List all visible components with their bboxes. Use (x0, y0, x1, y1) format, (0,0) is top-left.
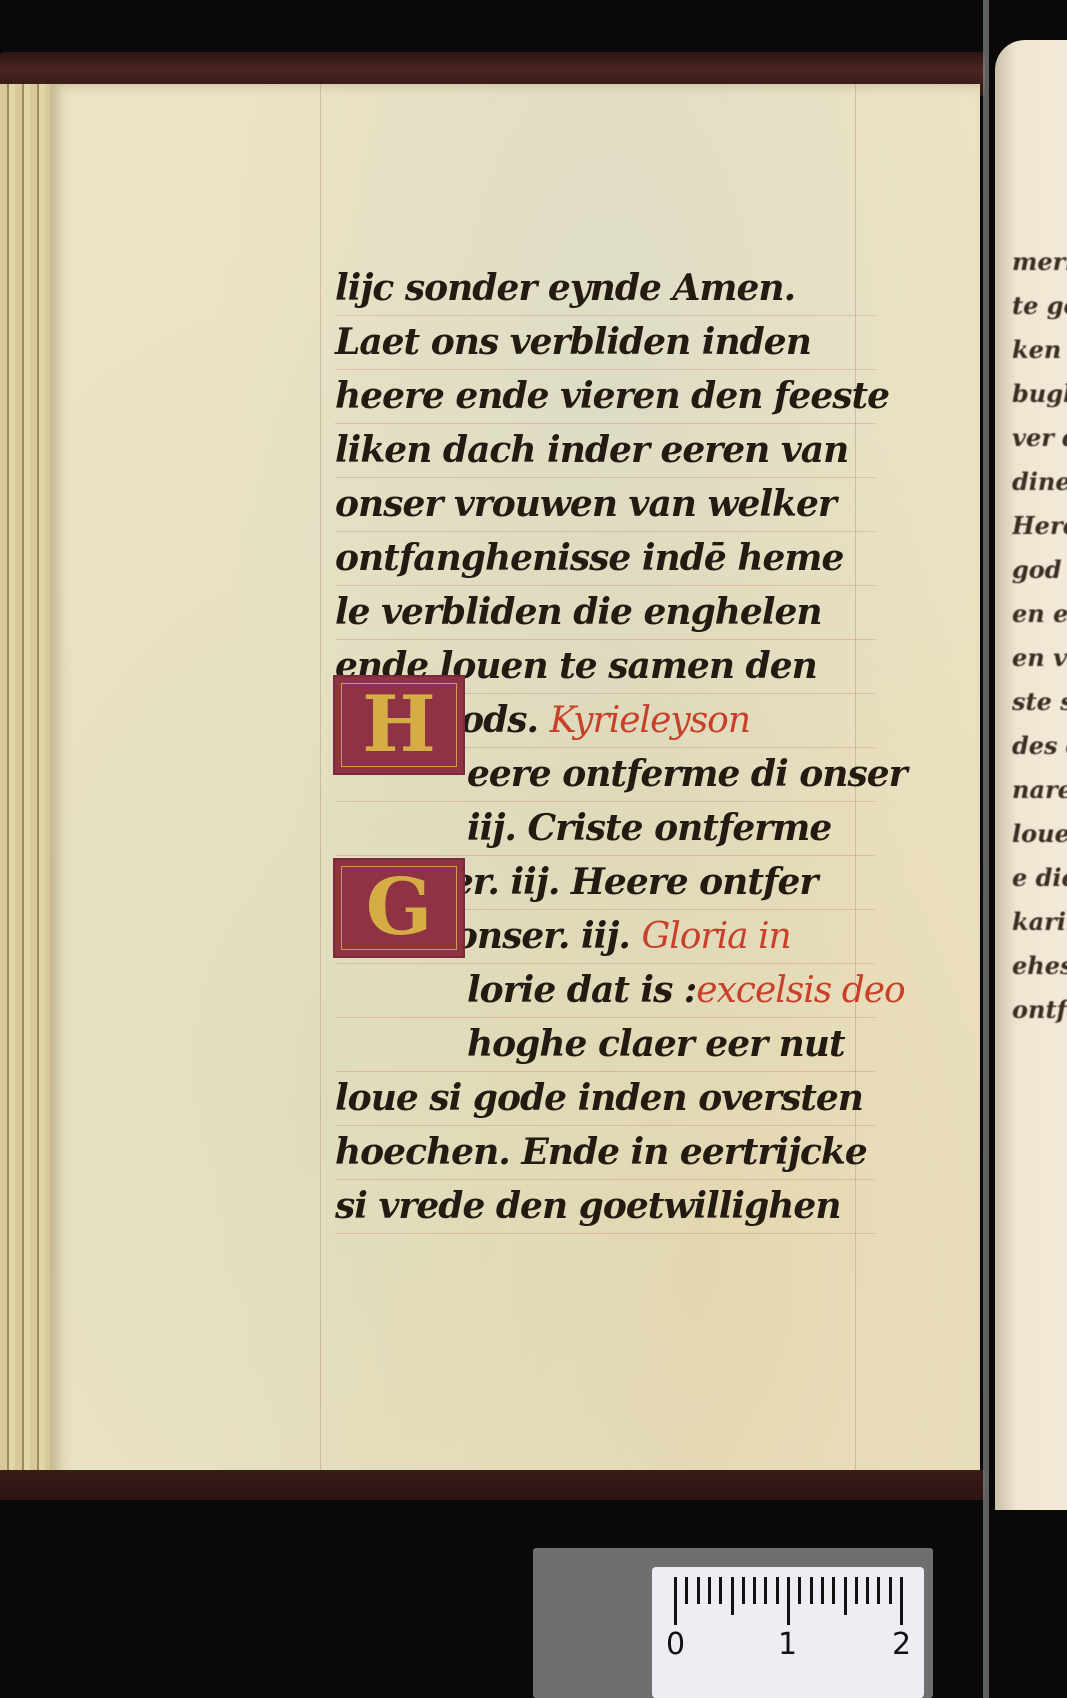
text-line: lijc sonder eynde Amen. (335, 262, 875, 316)
text-line: le verbliden die enghelen (335, 586, 875, 640)
ruler-tick (731, 1577, 734, 1615)
text-line: liken dach inder eeren van (335, 424, 875, 478)
illuminated-initial-h: H (333, 675, 465, 775)
text-line: Laet ons verbliden inden (335, 316, 875, 370)
ruler-tick (776, 1577, 779, 1604)
text-line: hoghe claer eer nut (335, 1018, 875, 1072)
ruler-tick (697, 1577, 700, 1604)
ruler-tick (753, 1577, 756, 1604)
rubric-kyrie: Kyrieleyson (550, 700, 750, 741)
text-line: heere ende vieren den feeste (335, 370, 875, 424)
text-line: loue si gode inden oversten (335, 1072, 875, 1126)
glass-plate-edge (983, 0, 989, 1698)
illuminated-initial-g: G (333, 858, 465, 958)
book-binding-bottom (0, 1470, 985, 1500)
ruler-tick (787, 1577, 790, 1625)
ruler-tick (810, 1577, 813, 1604)
ruler-label-2: 2 (892, 1627, 911, 1662)
ruler-tick (742, 1577, 745, 1604)
text-line: lorie dat is :excelsis deo (335, 964, 875, 1018)
ruler-tick (855, 1577, 858, 1604)
centimeter-ruler: 0 1 2 (652, 1567, 924, 1698)
ruler-tick (798, 1577, 801, 1604)
ruler-tick (832, 1577, 835, 1604)
text-line: onser vrouwen van welker (335, 478, 875, 532)
rubric-gloria: Gloria in (641, 916, 790, 957)
ruler-tick (866, 1577, 869, 1604)
ruler-tick (708, 1577, 711, 1604)
facing-page-text: merke te god ken w bught ver di dine m H… (1012, 240, 1067, 1032)
ruler-tick (685, 1577, 688, 1604)
text-line: ontfanghenisse indē heme (335, 532, 875, 586)
rubric-excelsis: excelsis deo (696, 970, 905, 1011)
ruling-line (320, 84, 321, 1484)
text-line: si vrede den goetwillighen (335, 1180, 875, 1234)
ruler-tick (900, 1577, 903, 1625)
ruler-tick (844, 1577, 847, 1615)
ruler-tick (764, 1577, 767, 1604)
text-line: hoechen. Ende in eertrijcke (335, 1126, 875, 1180)
ruler-tick (719, 1577, 722, 1604)
text-line: iij. Criste ontferme (335, 802, 875, 856)
ruler-label-0: 0 (666, 1627, 685, 1662)
ruler-tick (889, 1577, 892, 1604)
ruler-tick (877, 1577, 880, 1604)
ruler-tick (674, 1577, 677, 1625)
ruler-tick (821, 1577, 824, 1604)
ruler-label-1: 1 (778, 1627, 797, 1662)
